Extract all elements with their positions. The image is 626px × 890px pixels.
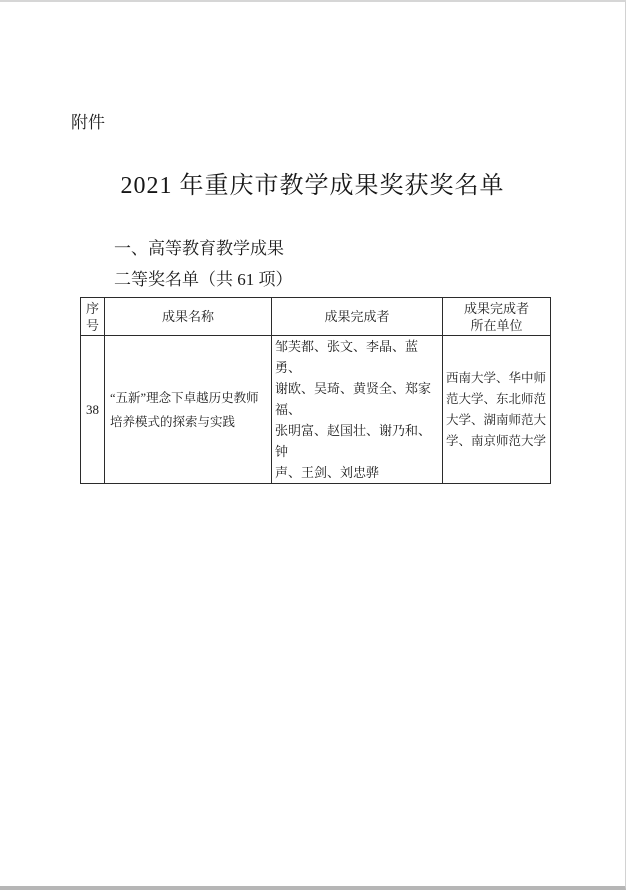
table-row: 38 “五新”理念下卓越历史教师 培养模式的探索与实践 邹芙都、张文、李晶、蓝勇… [81, 336, 551, 484]
table-header-row: 序 号 成果名称 成果完成者 成果完成者 所在单位 [81, 298, 551, 336]
document-page: 附件 2021 年重庆市教学成果奖获奖名单 一、高等教育教学成果 二等奖名单（共… [0, 0, 626, 890]
awards-table: 序 号 成果名称 成果完成者 成果完成者 所在单位 38 “五新”理念下卓越历史… [80, 297, 551, 484]
column-header-serial-number: 序 号 [81, 298, 105, 336]
cell-completer-institutions: 西南大学、华中师 范大学、东北师范 大学、湖南师范大 学、南京师范大学 [443, 336, 551, 484]
attachment-label: 附件 [71, 112, 105, 134]
cell-serial-number: 38 [81, 336, 105, 484]
cell-achievement-name: “五新”理念下卓越历史教师 培养模式的探索与实践 [105, 336, 272, 484]
column-header-completer-institutions: 成果完成者 所在单位 [443, 298, 551, 336]
section-heading-higher-education: 一、高等教育教学成果 [114, 237, 284, 260]
cell-achievement-completers: 邹芙都、张文、李晶、蓝勇、 谢欧、吴琦、黄贤全、郑家福、 张明富、赵国壮、谢乃和… [272, 336, 443, 484]
second-prize-list-heading: 二等奖名单（共 61 项） [114, 268, 293, 291]
column-header-achievement-completers: 成果完成者 [272, 298, 443, 336]
column-header-achievement-name: 成果名称 [105, 298, 272, 336]
page-title: 2021 年重庆市教学成果奖获奖名单 [0, 170, 625, 202]
